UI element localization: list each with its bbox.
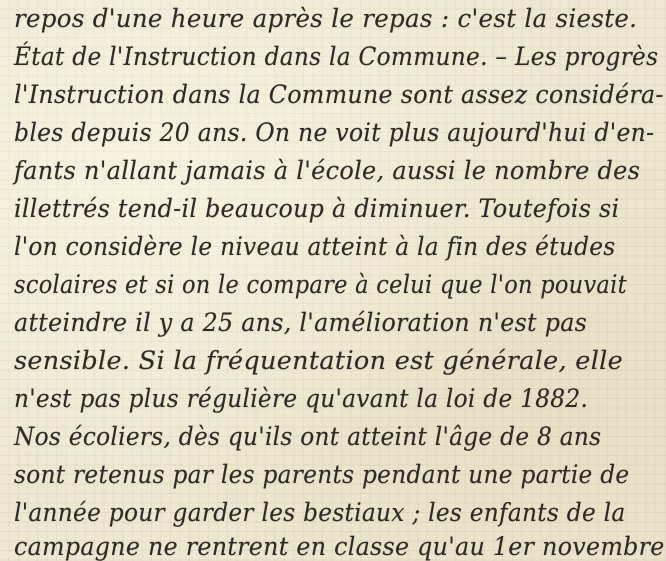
- text-line-6: illettrés tend-il beaucoup à diminuer. T…: [14, 190, 628, 228]
- text-line-4: bles depuis 20 ans. On ne voit plus aujo…: [14, 114, 621, 152]
- text-line-14: l'année pour garder les bestiaux ; les e…: [14, 494, 615, 532]
- text-line-12: Nos écoliers, dès qu'ils ont atteint l'â…: [14, 418, 615, 456]
- text-line-13: sont retenus par les parents pendant une…: [14, 456, 615, 494]
- text-line-2-section-heading: État de l'Instruction dans la Commune. –…: [14, 38, 615, 76]
- text-line-11: n'est pas plus régulière qu'avant la loi…: [14, 380, 615, 418]
- text-line-10: sensible. Si la fréquentation est généra…: [14, 342, 666, 380]
- text-line-3: l'Instruction dans la Commune sont assez…: [14, 76, 628, 114]
- text-line-5: fants n'allant jamais à l'école, aussi l…: [14, 152, 634, 190]
- text-line-8: scolaires et si on le compare à celui qu…: [14, 266, 595, 304]
- text-line-15: campagne ne rentrent en classe qu'au 1er…: [14, 528, 628, 561]
- manuscript-page: repos d'une heure après le repas : c'est…: [0, 0, 666, 561]
- text-line-9: atteindre il y a 25 ans, l'amélioration …: [14, 304, 628, 342]
- text-line-1: repos d'une heure après le repas : c'est…: [14, 0, 647, 38]
- text-line-7: l'on considère le niveau atteint à la fi…: [14, 228, 615, 266]
